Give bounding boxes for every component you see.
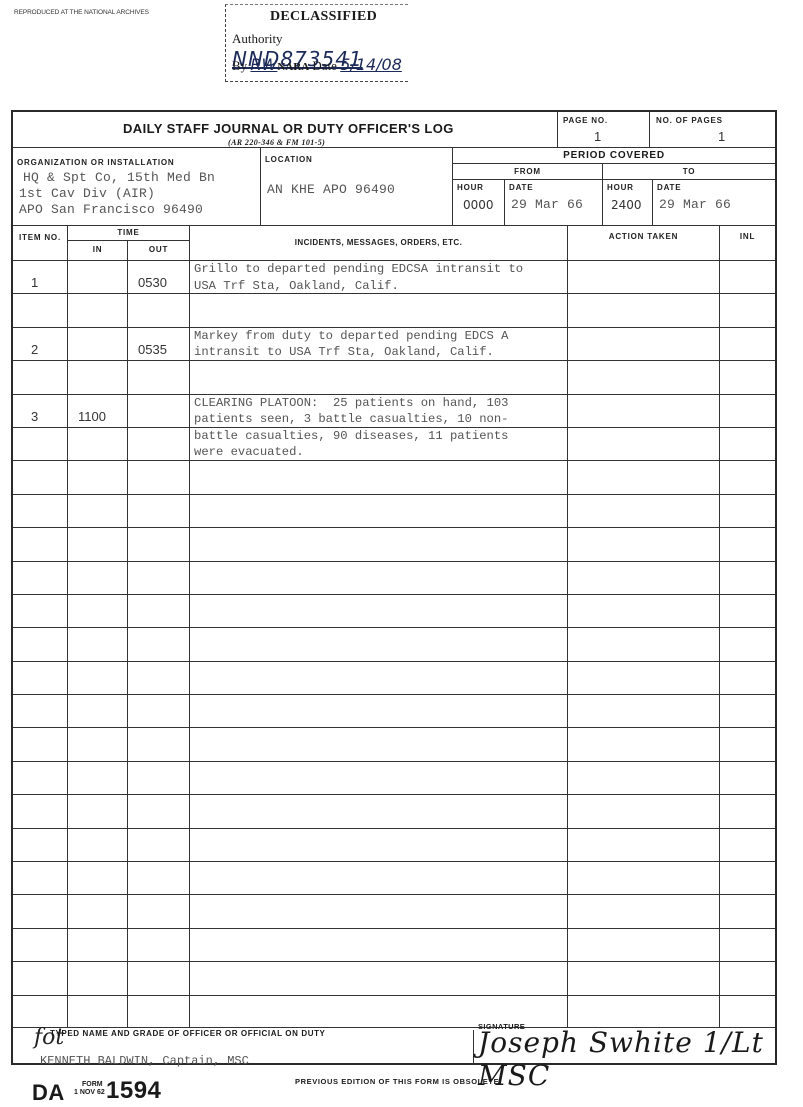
- from-date-value: 29 Mar 66: [511, 197, 583, 212]
- organization-line-1: HQ & Spt Co, 15th Med Bn: [23, 170, 215, 185]
- reproduced-note: REPRODUCED AT THE NATIONAL ARCHIVES: [14, 9, 149, 16]
- stamp-by-initials: RW: [250, 55, 277, 74]
- organization-line-3: APO San Francisco 96490: [19, 202, 203, 217]
- table-row: [13, 460, 775, 493]
- organization-line-2: 1st Cav Div (AIR): [19, 186, 155, 201]
- from-hour-cell: HOUR 0000: [453, 180, 505, 226]
- from-hour-value: 0000: [463, 198, 494, 212]
- table-row: [13, 561, 775, 594]
- stamp-title: DECLASSIFIED: [270, 9, 377, 25]
- table-row: [13, 861, 775, 894]
- location-label: LOCATION: [265, 155, 313, 164]
- signature-value: Joseph Swhite 1/Lt MSC: [478, 1026, 803, 1092]
- to-date-value: 29 Mar 66: [659, 197, 731, 212]
- time-header: TIME: [68, 226, 190, 241]
- incidents-header: INCIDENTS, MESSAGES, ORDERS, ETC.: [190, 226, 568, 260]
- from-hour-label: HOUR: [457, 183, 484, 192]
- to-hour-cell: HOUR 2400: [603, 180, 653, 226]
- from-date-label: DATE: [509, 183, 533, 192]
- action-taken-label: ACTION TAKEN: [568, 232, 719, 241]
- inl-header: INL: [720, 226, 775, 260]
- item-number: 1: [31, 275, 38, 290]
- time-out-label: OUT: [128, 245, 189, 254]
- to-hour-label: HOUR: [607, 183, 634, 192]
- item-no-header: ITEM NO.: [13, 226, 68, 260]
- form-prefix: DA: [32, 1080, 65, 1106]
- stamp-date-value: 5/14/08: [340, 55, 402, 74]
- table-row: [13, 627, 775, 660]
- table-row: [13, 995, 775, 1028]
- table-row: [13, 360, 775, 393]
- previous-edition-note: PREVIOUS EDITION OF THIS FORM IS OBSOLET…: [295, 1077, 502, 1086]
- stamp-date-label: Date: [312, 58, 337, 73]
- form-word: FORM: [74, 1081, 105, 1089]
- to-header: TO: [603, 164, 775, 180]
- time-in-label: IN: [68, 245, 127, 254]
- table-row: [13, 828, 775, 861]
- time-out-header: OUT: [128, 241, 190, 260]
- page-no-label: PAGE NO.: [563, 116, 608, 125]
- stamp-authority-label: Authority: [232, 31, 283, 46]
- signature-divider: [473, 1030, 474, 1065]
- table-row: [13, 661, 775, 694]
- table-row: [13, 293, 775, 326]
- duty-log-form: DAILY STAFF JOURNAL OR DUTY OFFICER'S LO…: [11, 110, 777, 1065]
- initials-cell: [720, 328, 775, 360]
- time-in: 1100: [78, 409, 106, 424]
- period-covered-header: PERIOD COVERED: [453, 148, 775, 164]
- table-row: 1 0530 Grillo to departed pending EDCSA …: [13, 260, 775, 293]
- time-out: 0530: [138, 275, 167, 290]
- item-no-label: ITEM NO.: [13, 232, 67, 243]
- officer-name-value: KENNETH BALDWIN, Captain, MSC: [40, 1054, 249, 1068]
- to-date-label: DATE: [657, 183, 681, 192]
- inl-label: INL: [720, 232, 775, 241]
- table-row: [13, 694, 775, 727]
- incident-text: CLEARING PLATOON: 25 patients on hand, 1…: [194, 395, 566, 461]
- location-value: AN KHE APO 96490: [267, 182, 395, 197]
- page-no-cell: PAGE NO. 1: [558, 112, 650, 148]
- table-row: [13, 794, 775, 827]
- table-row: [13, 961, 775, 994]
- action-taken-cell: [568, 328, 720, 360]
- form-title: DAILY STAFF JOURNAL OR DUTY OFFICER'S LO…: [123, 121, 454, 136]
- no-of-pages-cell: NO. OF PAGES 1: [650, 112, 775, 148]
- organization-cell: ORGANIZATION OR INSTALLATION HQ & Spt Co…: [13, 148, 261, 226]
- initials-cell: [720, 261, 775, 293]
- time-label: TIME: [68, 228, 189, 237]
- table-row: [13, 761, 775, 794]
- declassified-stamp: DECLASSIFIED Authority NND873541 By RWNA…: [225, 4, 408, 82]
- table-row: 2 0535 Markey from duty to departed pend…: [13, 327, 775, 360]
- table-row: [13, 494, 775, 527]
- item-number: 3: [31, 409, 38, 424]
- incident-text: Markey from duty to departed pending EDC…: [194, 328, 566, 361]
- table-row: 3 1100 CLEARING PLATOON: 25 patients on …: [13, 394, 775, 427]
- stamp-by-label: By: [232, 58, 247, 73]
- form-date: 1 NOV 62: [74, 1089, 105, 1097]
- from-header: FROM: [453, 164, 603, 180]
- table-row: [13, 527, 775, 560]
- stamp-nara-label: NARA: [277, 61, 309, 73]
- officer-name-label: TYPED NAME AND GRADE OF OFFICER OR OFFIC…: [50, 1029, 326, 1038]
- table-row: [13, 894, 775, 927]
- action-taken-header: ACTION TAKEN: [568, 226, 720, 260]
- time-out: 0535: [138, 342, 167, 357]
- form-edition: FORM 1 NOV 62: [74, 1081, 105, 1097]
- to-hour-value: 2400: [611, 198, 642, 212]
- no-of-pages-value: 1: [718, 129, 725, 144]
- time-in-header: IN: [68, 241, 128, 260]
- log-table-body: 1 0530 Grillo to departed pending EDCSA …: [13, 260, 775, 1028]
- no-of-pages-label: NO. OF PAGES: [656, 116, 723, 125]
- from-date-cell: DATE 29 Mar 66: [505, 180, 603, 226]
- from-label: FROM: [453, 167, 602, 176]
- table-row: [13, 928, 775, 961]
- action-taken-cell: [568, 261, 720, 293]
- form-number: 1594: [106, 1077, 161, 1105]
- incidents-label: INCIDENTS, MESSAGES, ORDERS, ETC.: [190, 238, 567, 247]
- table-row: [13, 727, 775, 760]
- initials-cell: [720, 395, 775, 427]
- page-no-value: 1: [594, 129, 601, 144]
- stamp-by-line: By RWNARA Date 5/14/08: [232, 55, 402, 74]
- period-covered-label: PERIOD COVERED: [453, 150, 775, 161]
- organization-label: ORGANIZATION OR INSTALLATION: [17, 158, 175, 167]
- location-cell: LOCATION AN KHE APO 96490: [261, 148, 453, 226]
- incident-text: Grillo to departed pending EDCSA intrans…: [194, 261, 566, 294]
- form-subtitle: (AR 220-346 & FM 101-5): [228, 138, 325, 147]
- action-taken-cell: [568, 395, 720, 427]
- item-number: 2: [31, 342, 38, 357]
- to-date-cell: DATE 29 Mar 66: [653, 180, 775, 226]
- table-row: [13, 594, 775, 627]
- to-label: TO: [603, 167, 775, 176]
- form-title-cell: DAILY STAFF JOURNAL OR DUTY OFFICER'S LO…: [13, 112, 558, 148]
